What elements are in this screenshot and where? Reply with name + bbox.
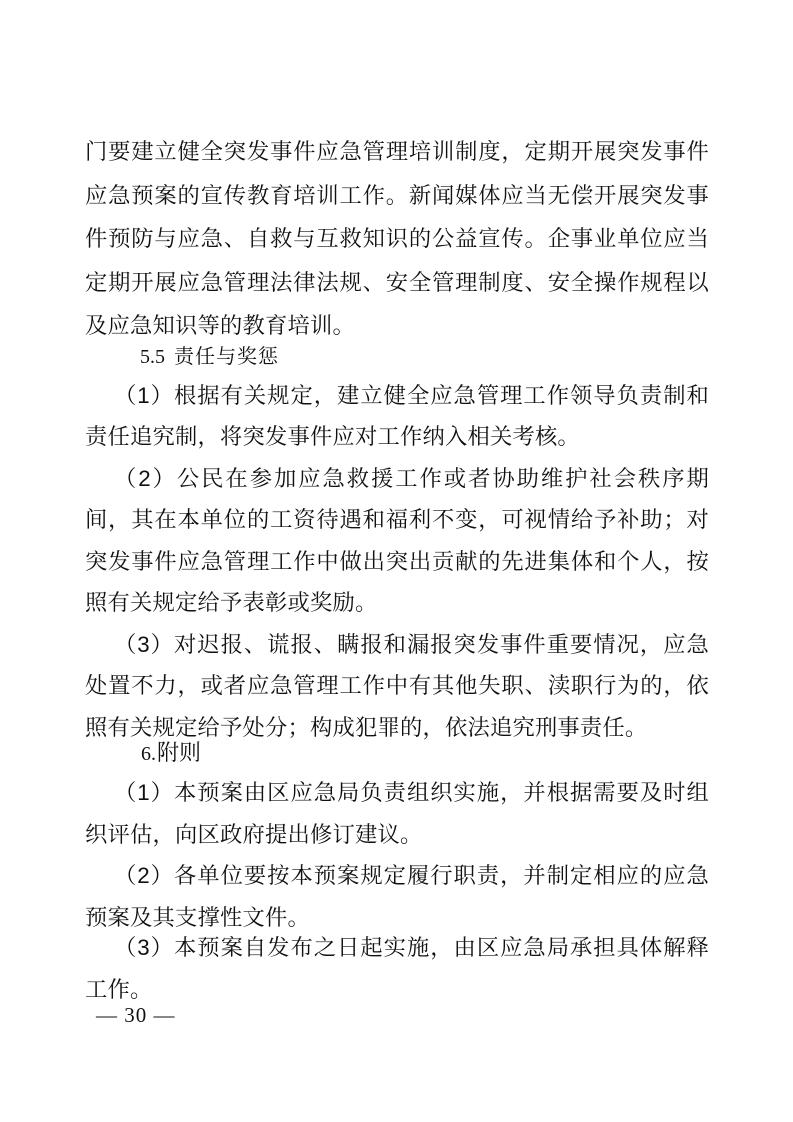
body-paragraph-continuation: 门要建立健全突发事件应急管理培训制度，定期开展突发事件应急预案的宣传教育培训工作… — [85, 130, 709, 348]
paragraph-5-5-item-1: （1）根据有关规定，建立健全应急管理工作领导负责制和责任追究制，将突发事件应对工… — [85, 375, 709, 458]
section-number: 5.5 — [140, 346, 165, 368]
paragraph-6-item-3: （3）本预案自发布之日起实施，由区应急局承担具体解释工作。 — [85, 927, 709, 1010]
section-heading-5-5: 5.5责任与奖惩 — [140, 339, 709, 375]
paragraph-6-item-2: （2）各单位要按本预案规定履行职责，并制定相应的应急预案及其支撑性文件。 — [85, 855, 709, 938]
paragraph-6-item-1: （1）本预案由区应急局负责组织实施，并根据需要及时组织评估，向区政府提出修订建议… — [85, 772, 709, 855]
paragraph-5-5-item-3: （3）对迟报、谎报、瞒报和漏报突发事件重要情况，应急处置不力，或者应急管理工作中… — [85, 624, 709, 749]
section-number: 6. — [141, 743, 156, 765]
document-text-block: 门要建立健全突发事件应急管理培训制度，定期开展突发事件应急预案的宣传教育培训工作… — [85, 130, 709, 1010]
document-page: 门要建立健全突发事件应急管理培训制度，定期开展突发事件应急预案的宣传教育培训工作… — [0, 0, 793, 1122]
paragraph-5-5-item-2: （2）公民在参加应急救援工作或者协助维护社会秩序期间，其在本单位的工资待遇和福利… — [85, 458, 709, 624]
page-number-footer: — 30 — — [96, 1000, 176, 1030]
section-title: 附则 — [157, 740, 201, 765]
section-title: 责任与奖惩 — [174, 346, 279, 368]
